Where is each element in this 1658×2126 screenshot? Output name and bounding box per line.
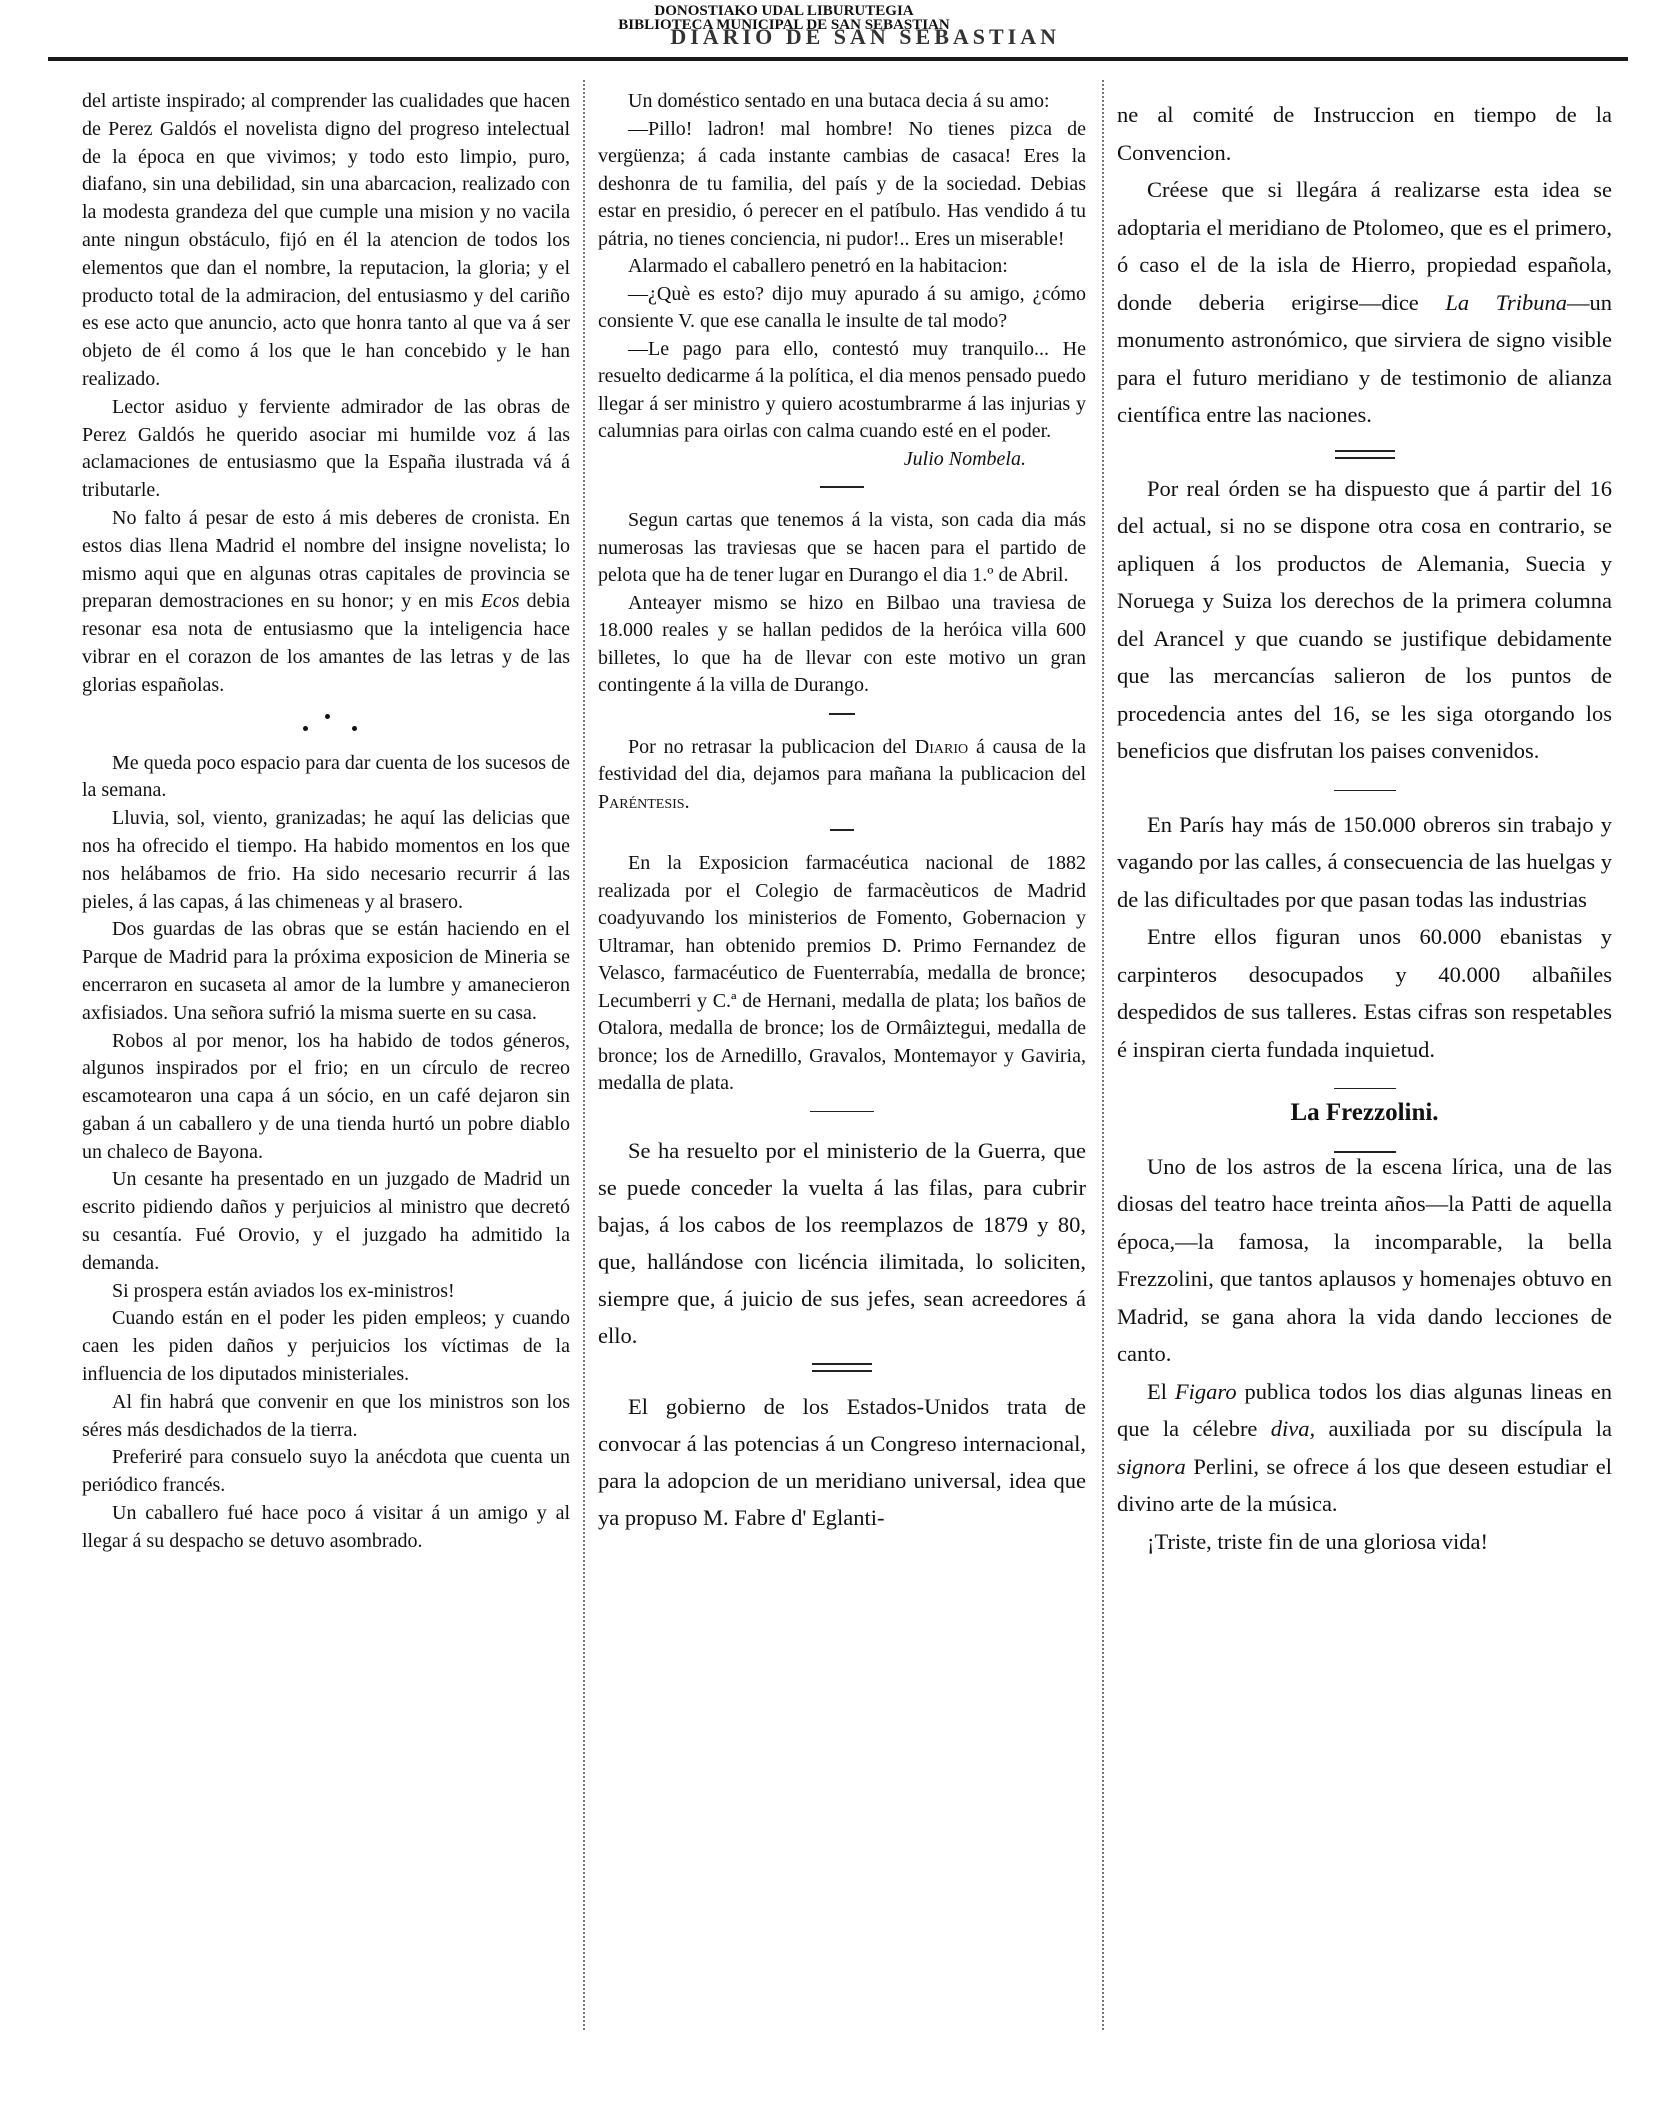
- header-rule: [48, 57, 1628, 61]
- text-run: auxiliada por su discípula la: [1315, 1416, 1612, 1441]
- italic-signora: signora: [1117, 1454, 1186, 1479]
- section-divider: [1117, 1068, 1612, 1094]
- paragraph: del artiste inspirado; al comprender las…: [82, 88, 570, 394]
- section-divider: [598, 473, 1086, 507]
- italic-la-tribuna: La Tribuna: [1445, 290, 1567, 315]
- paragraph: ne al comité de Instruccion en tiempo de…: [1117, 96, 1612, 171]
- paragraph: Si prospera están aviados los ex-ministr…: [82, 1278, 570, 1306]
- paragraph: Cuando están en el poder les piden emple…: [82, 1305, 570, 1388]
- column-2: Un doméstico sentado en una butaca decia…: [598, 88, 1086, 1536]
- paragraph: Por real órden se ha dispuesto que á par…: [1117, 470, 1612, 770]
- paragraph: Uno de los astros de la escena lírica, u…: [1117, 1148, 1612, 1373]
- paragraph: Créese que si llegára á realizarse esta …: [1117, 171, 1612, 434]
- section-divider: [598, 700, 1086, 734]
- paragraph: Dos guardas de las obras que se están ha…: [82, 916, 570, 1027]
- paragraph: En la Exposicion farmacéutica nacional d…: [598, 850, 1086, 1098]
- paragraph: Alarmado el caballero penetró en la habi…: [598, 253, 1086, 281]
- section-divider: [598, 816, 1086, 850]
- paragraph: El Figaro publica todos los dias algunas…: [1117, 1373, 1612, 1523]
- italic-ecos: Ecos: [481, 590, 520, 612]
- paragraph: Anteayer mismo se hizo en Bilbao una tra…: [598, 590, 1086, 700]
- paragraph: Un caballero fué hace poco á visitar á u…: [82, 1500, 570, 1556]
- paragraph: Preferiré para consuelo suyo la anécdota…: [82, 1444, 570, 1500]
- column-3: ne al comité de Instruccion en tiempo de…: [1117, 96, 1612, 1560]
- paragraph: Se ha resuelto por el ministerio de la G…: [598, 1132, 1086, 1354]
- heading-underline: [1117, 1132, 1612, 1148]
- paragraph: —Le pago para ello, contestó muy tranqui…: [598, 336, 1086, 446]
- column-separator: [583, 80, 585, 2030]
- text-run: El: [1147, 1379, 1175, 1404]
- text-run: Por no retrasar la publicacion del: [628, 736, 915, 758]
- text-run: Perlini, se ofrece á los que deseen estu…: [1117, 1454, 1612, 1517]
- paragraph: En París hay más de 150.000 obreros sin …: [1117, 806, 1612, 919]
- section-divider-double: [598, 1354, 1086, 1388]
- paragraph: Lluvia, sol, viento, granizadas; he aquí…: [82, 805, 570, 916]
- paragraph: —Pillo! ladron! mal hombre! No tienes pi…: [598, 116, 1086, 254]
- smallcaps-diario: Diario: [915, 736, 968, 758]
- paragraph: —¿Què es esto? dijo muy apurado á su ami…: [598, 281, 1086, 336]
- section-divider-double: [1117, 434, 1612, 470]
- italic-diva: diva,: [1271, 1416, 1315, 1441]
- smallcaps-parentesis: Paréntesis: [598, 791, 685, 813]
- column-1: del artiste inspirado; al comprender las…: [82, 88, 570, 1556]
- column-separator: [1102, 80, 1104, 2030]
- paragraph: Por no retrasar la publicacion del Diari…: [598, 734, 1086, 817]
- stamp-line-basque: DONOSTIAKO UDAL LIBURUTEGIA: [0, 4, 1658, 18]
- paragraph: Al fin habrá que convenir en que los min…: [82, 1389, 570, 1445]
- newspaper-masthead: DIARIO DE SAN SEBASTIAN: [610, 24, 1060, 44]
- paragraph: ¡Triste, triste fin de una gloriosa vida…: [1117, 1523, 1612, 1561]
- paragraph: Un doméstico sentado en una butaca decia…: [598, 88, 1086, 116]
- author-signature: Julio Nombela.: [598, 446, 1086, 474]
- text-run: .: [685, 791, 690, 813]
- article-heading: La Frezzolini.: [1117, 1094, 1612, 1132]
- section-dots-divider: [82, 700, 570, 750]
- italic-figaro: Figaro: [1175, 1379, 1237, 1404]
- paragraph: Segun cartas que tenemos á la vista, son…: [598, 507, 1086, 590]
- section-divider: [1117, 770, 1612, 806]
- paragraph: Entre ellos figuran unos 60.000 ebanista…: [1117, 918, 1612, 1068]
- paragraph: No falto á pesar de esto á mis deberes d…: [82, 505, 570, 700]
- paragraph: El gobierno de los Estados-Unidos trata …: [598, 1388, 1086, 1536]
- paragraph: Un cesante ha presentado en un juzgado d…: [82, 1166, 570, 1277]
- paragraph: Me queda poco espacio para dar cuenta de…: [82, 750, 570, 806]
- paragraph: Lector asiduo y ferviente admirador de l…: [82, 394, 570, 505]
- section-divider: [598, 1098, 1086, 1132]
- paragraph: Robos al por menor, los ha habido de tod…: [82, 1028, 570, 1167]
